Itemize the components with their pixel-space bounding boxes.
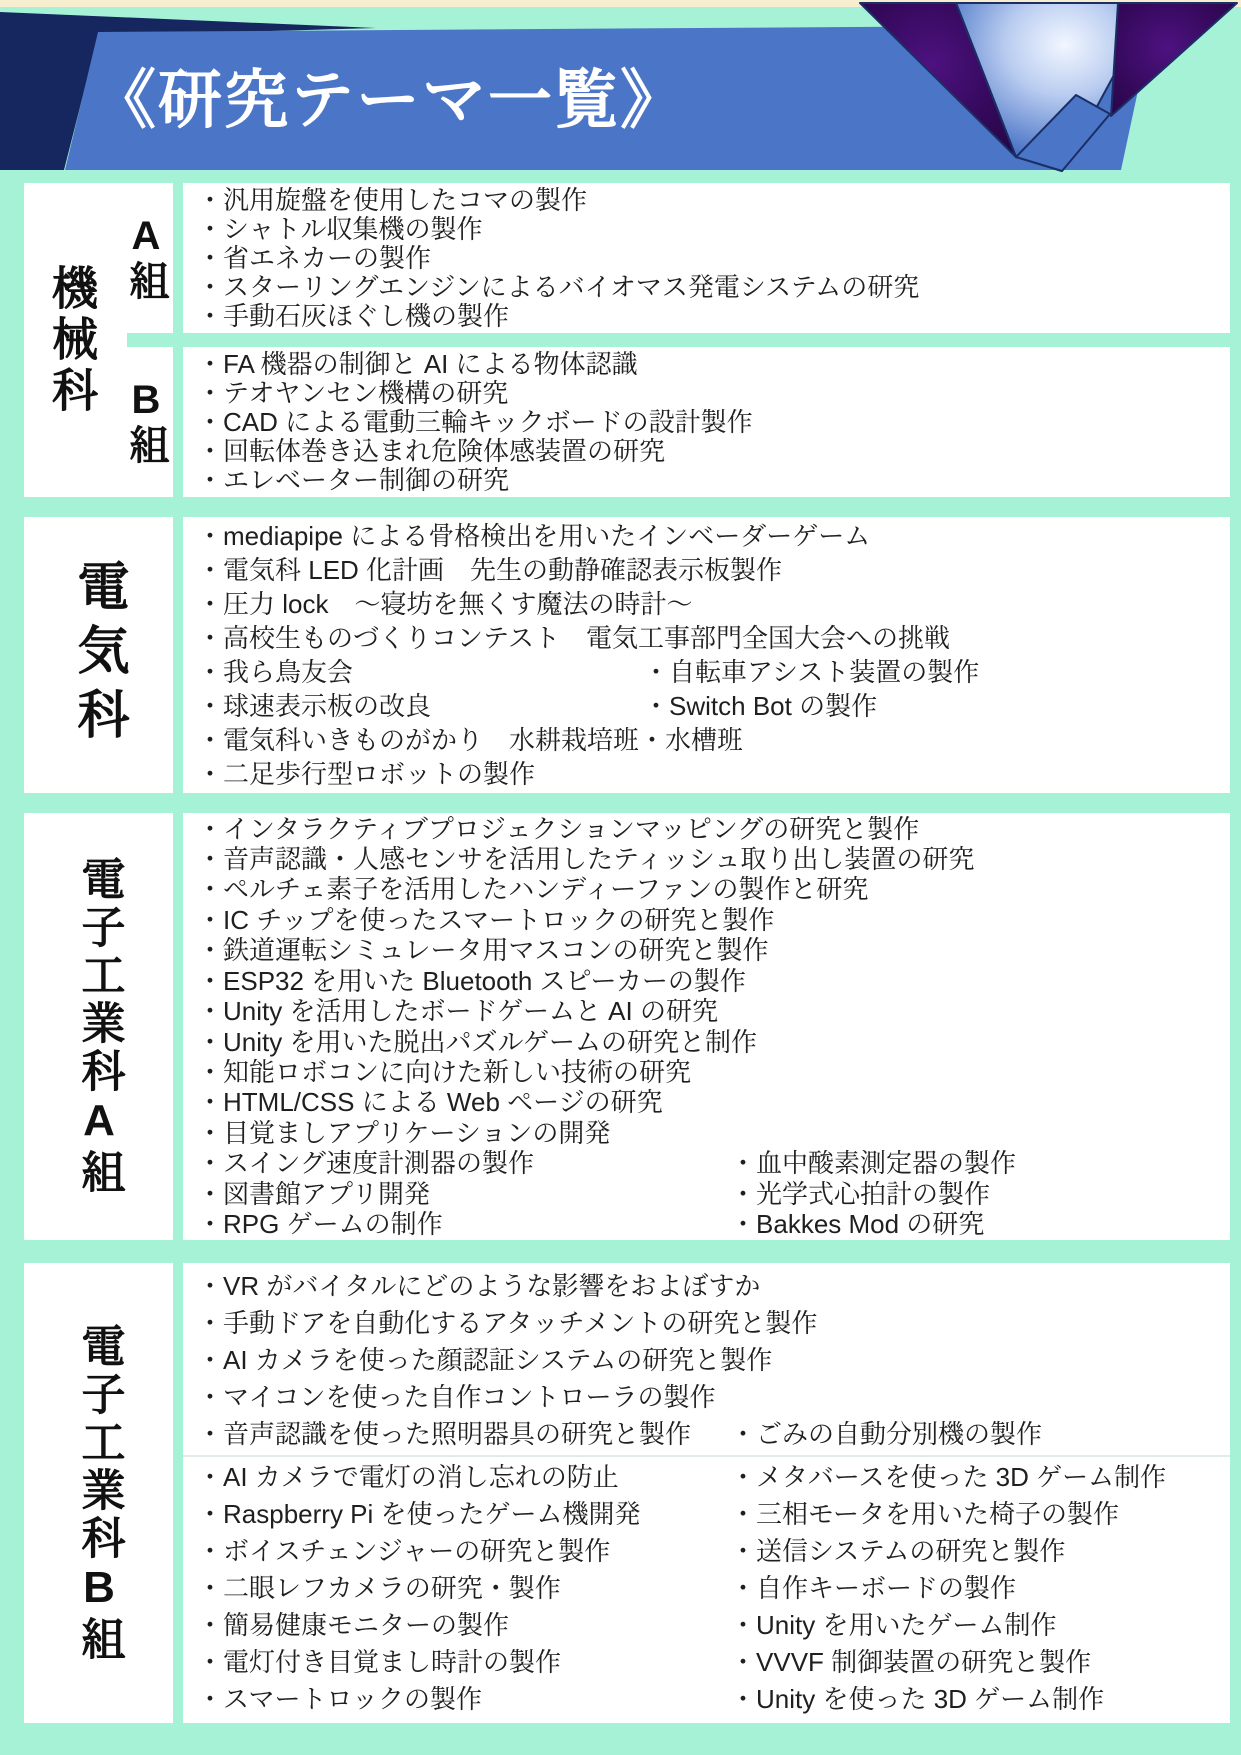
research-item: VVVF 制御装置の研究と製作 [730,1644,1091,1681]
research-item: 手動石灰ほぐし機の製作 [197,302,1230,331]
research-item: 知能ロボコンに向けた新しい技術の研究 [197,1057,1230,1087]
research-item: 光学式心拍計の製作 [730,1179,990,1209]
research-item: 送信システムの研究と製作 [730,1533,1065,1570]
dept-electronics-b-label: 電子工業科B組 [24,1263,173,1723]
research-item: 図書館アプリ開発 [197,1179,730,1209]
research-item: Unity を用いた脱出パズルゲームの研究と制作 [197,1027,1230,1057]
dept-machinery-label: 機械科 [24,183,120,497]
research-item: 二眼レフカメラの研究・製作 [197,1570,730,1607]
research-item-pair: 音声認識を使った照明器具の研究と製作 ごみの自動分別機の製作 [197,1416,1230,1453]
machinery-group-a-label: A組 [120,183,173,333]
research-item: 血中酸素測定器の製作 [730,1148,1016,1178]
research-item: 三相モータを用いた椅子の製作 [730,1496,1119,1533]
research-item: Raspberry Pi を使ったゲーム機開発 [197,1496,730,1533]
research-item: AI カメラを使った顔認証システムの研究と製作 [197,1342,1230,1379]
research-item: 電灯付き目覚まし時計の製作 [197,1644,730,1681]
research-item: 簡易健康モニターの製作 [197,1607,730,1644]
research-theme-poster: 《研究テーマ一覧》 機械科 A組 B組 汎用旋盤を使用したコマの製作 シャトル収… [0,0,1241,1755]
research-item-pair: 電灯付き目覚まし時計の製作 VVVF 制御装置の研究と製作 [197,1644,1230,1681]
research-item: ESP32 を用いた Bluetooth スピーカーの製作 [197,966,1230,996]
research-item: シャトル収集機の製作 [197,215,1230,244]
research-item: IC チップを使ったスマートロックの研究と製作 [197,905,1230,935]
research-item-pair: 二眼レフカメラの研究・製作 自作キーボードの製作 [197,1570,1230,1607]
research-item: Unity を活用したボードゲームと AI の研究 [197,996,1230,1026]
research-item: 球速表示板の改良 [197,689,643,723]
research-item: FA 機器の制御と AI による物体認識 [197,350,1230,379]
research-item: 手動ドアを自動化するアタッチメントの研究と製作 [197,1305,1230,1342]
research-item-pair: 我ら鳥友会 自転車アシスト装置の製作 [197,655,1230,689]
research-item: 自転車アシスト装置の製作 [643,655,979,689]
research-item-pair: ボイスチェンジャーの研究と製作 送信システムの研究と製作 [197,1533,1230,1570]
machinery-group-b-label: B組 [120,347,173,497]
research-item-pair: RPG ゲームの制作 Bakkes Mod の研究 [197,1209,1230,1239]
research-item: RPG ゲームの制作 [197,1209,730,1239]
research-item: ペルチェ素子を活用したハンディーファンの製作と研究 [197,874,1230,904]
research-item: CAD による電動三輪キックボードの設計製作 [197,408,1230,437]
electrical-content: mediapipe による骨格検出を用いたインベーダーゲーム 電気科 LED 化… [183,517,1230,793]
research-item: 電気科 LED 化計画 先生の動静確認表示板製作 [197,553,1230,587]
research-item: Bakkes Mod の研究 [730,1209,984,1239]
research-item-pair: スイング速度計測器の製作 血中酸素測定器の製作 [197,1148,1230,1178]
research-item: Unity を使った 3D ゲーム制作 [730,1681,1104,1718]
research-item: mediapipe による骨格検出を用いたインベーダーゲーム [197,519,1230,553]
research-item: 鉄道運転シミュレータ用マスコンの研究と製作 [197,935,1230,965]
research-item: スイング速度計測器の製作 [197,1148,730,1178]
dept-electrical-label: 電気科 [24,517,173,793]
research-item-pair: AI カメラで電灯の消し忘れの防止 メタバースを使った 3D ゲーム制作 [197,1459,1230,1496]
research-item-pair: 簡易健康モニターの製作 Unity を用いたゲーム制作 [197,1607,1230,1644]
research-item: 二足歩行型ロボットの製作 [197,757,1230,791]
research-item: 電気科いきものがかり 水耕栽培班・水槽班 [197,723,1230,757]
research-item: 目覚ましアプリケーションの開発 [197,1118,1230,1148]
research-item: 我ら鳥友会 [197,655,643,689]
research-item: テオヤンセン機構の研究 [197,379,1230,408]
research-item: VR がバイタルにどのような影響をおよぼすか [197,1268,1230,1305]
dept-electronics-a-label: 電子工業科A組 [24,813,173,1240]
electronics-b-content: VR がバイタルにどのような影響をおよぼすか 手動ドアを自動化するアタッチメント… [183,1263,1230,1723]
faint-divider-line [183,1455,1230,1457]
research-item: メタバースを使った 3D ゲーム制作 [730,1459,1166,1496]
research-item: 自作キーボードの製作 [730,1570,1016,1607]
research-item: Switch Bot の製作 [643,689,877,723]
ribbon-right-purple-band [1111,3,1237,116]
research-item: HTML/CSS による Web ページの研究 [197,1087,1230,1117]
research-item: 汎用旋盤を使用したコマの製作 [197,186,1230,215]
electrical-label-box: 電気科 [24,517,173,793]
electronics-a-content: インタラクティブプロジェクションマッピングの研究と製作 音声認識・人感センサを活… [183,813,1230,1240]
machinery-group-b-content: FA 機器の制御と AI による物体認識 テオヤンセン機構の研究 CAD による… [183,347,1230,497]
electronics-a-label-box: 電子工業科A組 [24,813,173,1240]
label-divider-notch [127,333,173,347]
research-item: 音声認識・人感センサを活用したティッシュ取り出し装置の研究 [197,844,1230,874]
research-item: Unity を用いたゲーム制作 [730,1607,1056,1644]
research-item: AI カメラで電灯の消し忘れの防止 [197,1459,730,1496]
research-item: インタラクティブプロジェクションマッピングの研究と製作 [197,814,1230,844]
research-item: 省エネカーの製作 [197,244,1230,273]
research-item: 回転体巻き込まれ危険体感装置の研究 [197,437,1230,466]
research-item: マイコンを使った自作コントローラの製作 [197,1379,1230,1416]
research-item: エレベーター制御の研究 [197,466,1230,495]
research-item-pair: 図書館アプリ開発 光学式心拍計の製作 [197,1179,1230,1209]
machinery-group-a-content: 汎用旋盤を使用したコマの製作 シャトル収集機の製作 省エネカーの製作 スターリン… [183,183,1230,333]
research-item-pair: スマートロックの製作 Unity を使った 3D ゲーム制作 [197,1681,1230,1718]
research-item-pair: Raspberry Pi を使ったゲーム機開発 三相モータを用いた椅子の製作 [197,1496,1230,1533]
electronics-b-label-box: 電子工業科B組 [24,1263,173,1723]
page-title: 《研究テーマ一覧》 [92,52,686,148]
research-item: 音声認識を使った照明器具の研究と製作 [197,1416,730,1453]
research-item: スマートロックの製作 [197,1681,730,1718]
research-item: ボイスチェンジャーの研究と製作 [197,1533,730,1570]
research-item: スターリングエンジンによるバイオマス発電システムの研究 [197,273,1230,302]
research-item-pair: 球速表示板の改良 Switch Bot の製作 [197,689,1230,723]
machinery-label-box: 機械科 A組 B組 [24,183,173,497]
research-item: 圧力 lock ～寝坊を無くす魔法の時計～ [197,587,1230,621]
research-item: ごみの自動分別機の製作 [730,1416,1042,1453]
research-item: 高校生ものづくりコンテスト 電気工事部門全国大会への挑戦 [197,621,1230,655]
